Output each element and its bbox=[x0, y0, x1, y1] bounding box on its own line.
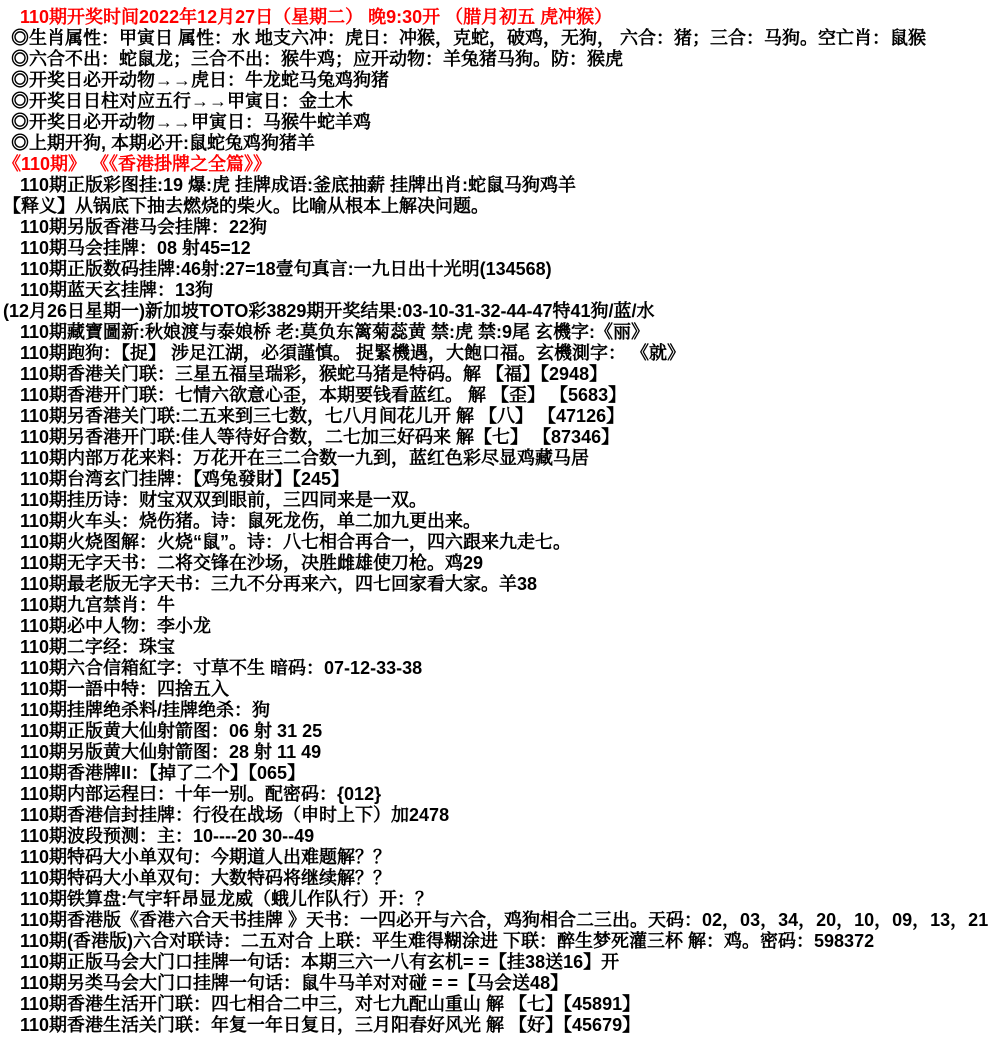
text-line: 【释义】从锅底下抽去燃烧的柴火。比喻从根本上解决问题。 bbox=[2, 196, 996, 217]
text-line: 110期波段预测：主：10----20 30--49 bbox=[2, 826, 996, 847]
text-line: ◎开奖日必开动物→→虎日：牛龙蛇马兔鸡狗猪 bbox=[2, 70, 996, 91]
text-line: 110期必中人物：李小龙 bbox=[2, 616, 996, 637]
text-line: 110期香港牌II：【掉了二个】【065】 bbox=[2, 763, 996, 784]
text-line: 110期二字经：珠宝 bbox=[2, 637, 996, 658]
text-line: 110期正版马会大门口挂牌一句话：本期三六一八有玄机= =【挂38送16】开 bbox=[2, 952, 996, 973]
section-header-line: 《110期》 《《香港掛牌之全篇》》 bbox=[2, 154, 996, 175]
text-line: 110期六合信箱紅字：寸草不生 暗码：07-12-33-38 bbox=[2, 658, 996, 679]
text-line: 110期火烧图解：火烧“鼠”。诗：八七相合再合一，四六跟来九走七。 bbox=[2, 532, 996, 553]
text-line: 110期铁算盘:气宇轩昂显龙威（蛾儿作队行）开：？ bbox=[2, 889, 996, 910]
text-line: 110期无字天书：二将交锋在沙场，决胜雌雄使刀枪。鸡29 bbox=[2, 553, 996, 574]
text-lines: 110期开奖时间2022年12月27日（星期二） 晚9:30开 （腊月初五 虎冲… bbox=[2, 7, 996, 1036]
text-line: ◎开奖日日柱对应五行→→甲寅日：金土木 bbox=[2, 91, 996, 112]
text-line: 110期挂历诗：财宝双双到眼前，三四同来是一双。 bbox=[2, 490, 996, 511]
text-line: 110期香港信封挂牌：行役在战场（申时上下）加2478 bbox=[2, 805, 996, 826]
text-line: 110期藏寶圖新:秋娘渡与泰娘桥 老:莫负东篱菊蕊黄 禁:虎 禁:9尾 玄機字:… bbox=[2, 322, 996, 343]
text-line: 110期正版数码挂牌:46射:27=18壹句真言:一九日出十光明(134568) bbox=[2, 259, 996, 280]
text-line: ◎开奖日必开动物→→甲寅日：马猴牛蛇羊鸡 bbox=[2, 112, 996, 133]
text-line: 110期九宫禁肖：牛 bbox=[2, 595, 996, 616]
text-line: 110期香港开门联：七情六欲意心歪，本期要钱看蓝红。 解 【歪】 【5683】 bbox=[2, 385, 996, 406]
text-line: 110期香港生活关门联：年复一年日复日，三月阳春好风光 解 【好】【45679】 bbox=[2, 1015, 996, 1036]
text-line: 110期香港关门联：三星五福呈瑞彩，猴蛇马猪是特码。解 【福】【2948】 bbox=[2, 364, 996, 385]
text-line: 110期马会挂牌：08 射45=12 bbox=[2, 238, 996, 259]
text-line: ◎六合不出：蛇鼠龙；三合不出：猴牛鸡；应开动物：羊兔猪马狗。防：猴虎 bbox=[2, 49, 996, 70]
text-line: 110期蓝天玄挂牌：13狗 bbox=[2, 280, 996, 301]
text-line: 110期另版黄大仙射箭图：28 射 11 49 bbox=[2, 742, 996, 763]
text-line: 110期台湾玄门挂牌：【鸡兔發財】【245】 bbox=[2, 469, 996, 490]
text-line: 110期正版黄大仙射箭图：06 射 31 25 bbox=[2, 721, 996, 742]
text-line: 110期特码大小单双句：大数特码将继续解？？ bbox=[2, 868, 996, 889]
text-line: 110期另香港开门联:佳人等待好合数，二七加三好码来 解【七】 【87346】 bbox=[2, 427, 996, 448]
text-line: ◎上期开狗, 本期必开:鼠蛇兔鸡狗猪羊 bbox=[2, 133, 996, 154]
text-line: 110期正版彩图挂:19 爆:虎 挂牌成语:釜底抽薪 挂牌出肖:蛇鼠马狗鸡羊 bbox=[2, 175, 996, 196]
section-header-line: 110期开奖时间2022年12月27日（星期二） 晚9:30开 （腊月初五 虎冲… bbox=[2, 7, 996, 28]
text-line: 110期特码大小单双句：今期道人出难题解？？ bbox=[2, 847, 996, 868]
text-line: 110期内部运程曰：十年一别。配密码：{012} bbox=[2, 784, 996, 805]
text-line: 110期(香港版)六合对联诗：二五对合 上联：平生难得糊涂进 下联：醉生梦死灌三… bbox=[2, 931, 996, 952]
text-line: 110期挂牌绝杀料/挂牌绝杀：狗 bbox=[2, 700, 996, 721]
text-line: 110期另香港关门联:二五来到三七数，七八月间花儿开 解 【八】 【47126】 bbox=[2, 406, 996, 427]
text-line: 110期跑狗：【捉】 涉足江湖，必須謹慎。 捉緊機遇，大飽口福。玄機測字： 《就… bbox=[2, 343, 996, 364]
text-line: (12月26日星期一)新加坡TOTO彩3829期开奖结果:03-10-31-32… bbox=[2, 301, 996, 322]
text-line: 110期香港生活开门联：四七相合二中三，对七九配山重山 解 【七】【45891】 bbox=[2, 994, 996, 1015]
text-line: ◎生肖属性：甲寅日 属性：水 地支六冲：虎日：冲猴，克蛇，破鸡，无狗， 六合：猪… bbox=[2, 28, 996, 49]
lottery-info-page: 110期开奖时间2022年12月27日（星期二） 晚9:30开 （腊月初五 虎冲… bbox=[0, 0, 1000, 1051]
text-line: 110期火车头：烧伤猪。诗：鼠死龙伤，单二加九更出来。 bbox=[2, 511, 996, 532]
text-line: 110期香港版《香港六合天书挂牌 》天书：一四必开与六合，鸡狗相合二三出。天码：… bbox=[2, 910, 996, 931]
text-line: 110期一語中特：四捨五入 bbox=[2, 679, 996, 700]
text-line: 110期另类马会大门口挂牌一句话：鼠牛马羊对对碰 = =【马会送48】 bbox=[2, 973, 996, 994]
text-line: 110期内部万花来料：万花开在三二合数一九到，蓝红色彩尽显鸡藏马居 bbox=[2, 448, 996, 469]
text-line: 110期另版香港马会挂牌：22狗 bbox=[2, 217, 996, 238]
text-line: 110期最老版无字天书：三九不分再来六，四七回家看大家。羊38 bbox=[2, 574, 996, 595]
